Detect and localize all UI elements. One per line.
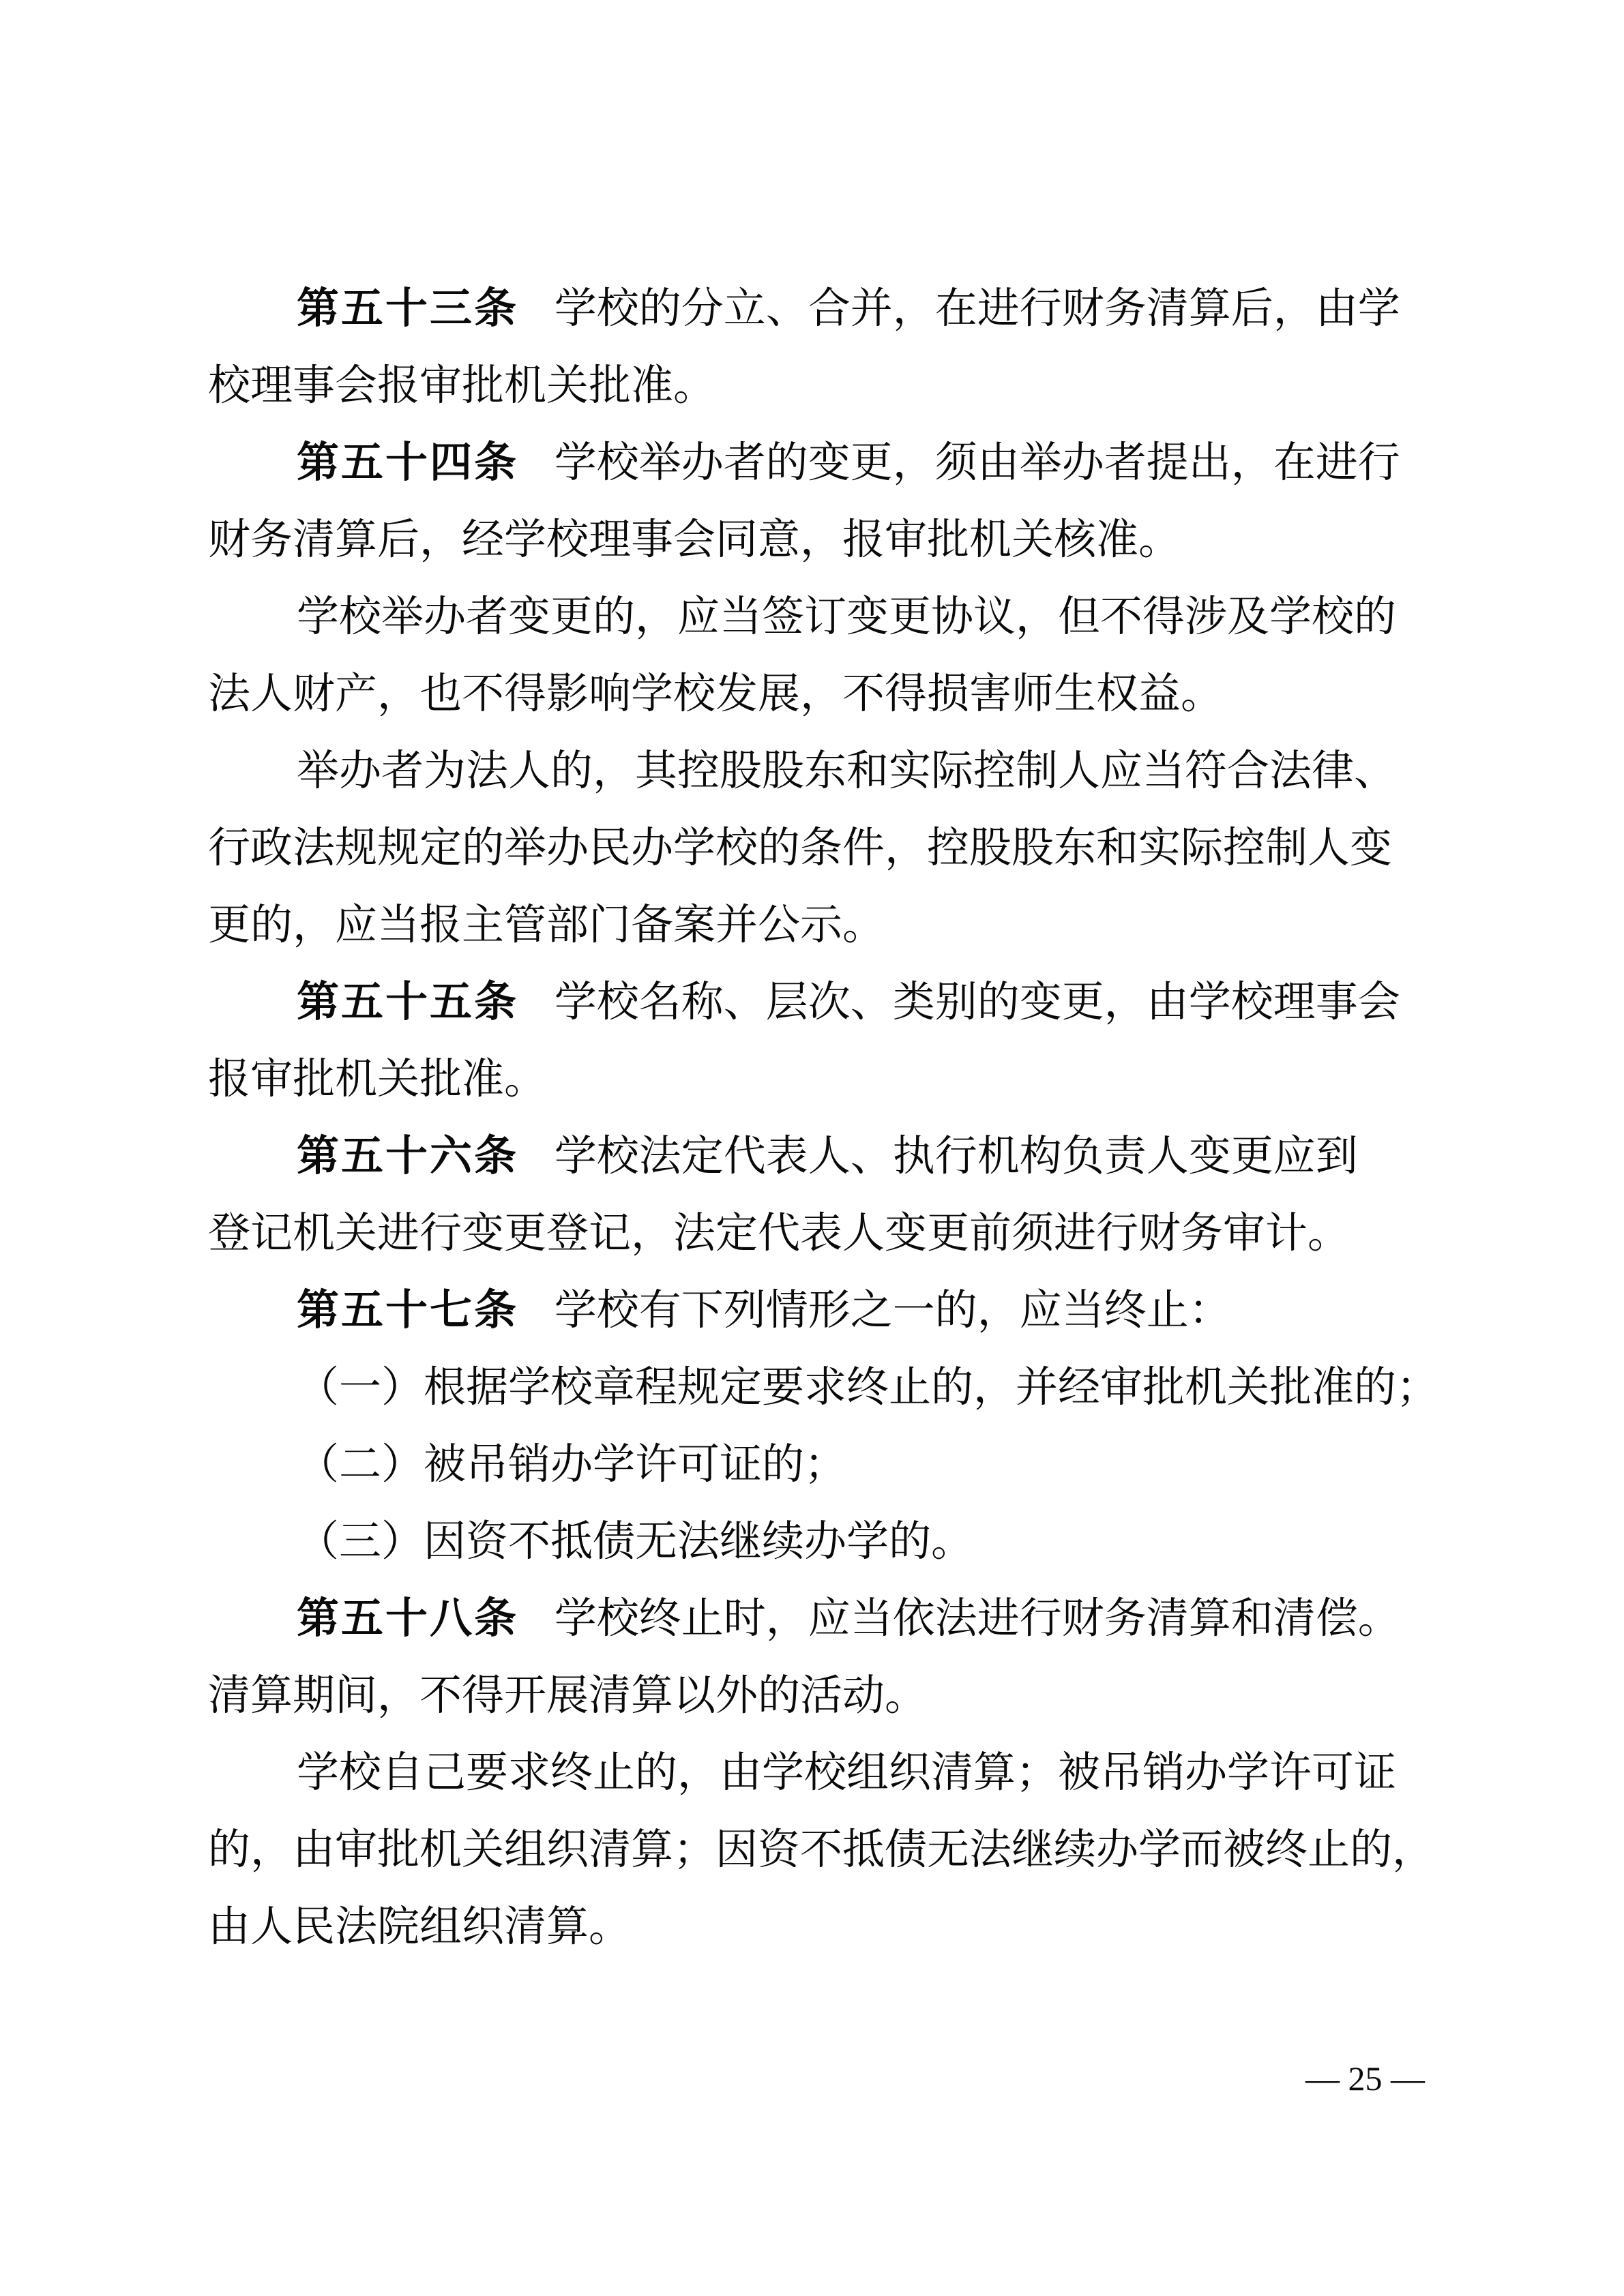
article-number: 第五十八条 <box>297 1596 518 1642</box>
text-line: 第五十四条学校举办者的变更，须由举办者提出，在进行 <box>208 425 1429 502</box>
article-number: 第五十四条 <box>297 440 518 486</box>
text-line: 第五十七条学校有下列情形之一的，应当终止： <box>208 1272 1429 1350</box>
text-line: 法人财产，也不得影响学校发展，不得损害师生权益。 <box>208 656 1429 733</box>
text-line: 第五十八条学校终止时，应当依法进行财务清算和清偿。 <box>208 1581 1429 1658</box>
text-line: 第五十六条学校法定代表人、执行机构负责人变更应到 <box>208 1118 1429 1195</box>
text-line: 行政法规规定的举办民办学校的条件，控股股东和实际控制人变 <box>208 810 1429 887</box>
article-number: 第五十五条 <box>297 979 518 1026</box>
text-line: （二）被吊销办学许可证的； <box>208 1427 1429 1504</box>
text-line: 清算期间，不得开展清算以外的活动。 <box>208 1658 1429 1735</box>
text-line: 第五十三条学校的分立、合并，在进行财务清算后，由学 <box>208 271 1429 348</box>
document-page: 第五十三条学校的分立、合并，在进行财务清算后，由学校理事会报审批机关批准。第五十… <box>0 0 1624 2296</box>
article-number: 第五十七条 <box>297 1287 518 1334</box>
text-line: 财务清算后，经学校理事会同意，报审批机关核准。 <box>208 502 1429 579</box>
text-line: 的，由审批机关组织清算；因资不抵债无法继续办学而被终止的， <box>208 1812 1429 1889</box>
text-line: 登记机关进行变更登记，法定代表人变更前须进行财务审计。 <box>208 1195 1429 1272</box>
text-line: 举办者为法人的，其控股股东和实际控制人应当符合法律、 <box>208 733 1429 810</box>
text-line: 第五十五条学校名称、层次、类别的变更，由学校理事会 <box>208 964 1429 1041</box>
text-line: 学校举办者变更的，应当签订变更协议，但不得涉及学校的 <box>208 579 1429 656</box>
text-line: （三）因资不抵债无法继续办学的。 <box>208 1504 1429 1581</box>
document-body: 第五十三条学校的分立、合并，在进行财务清算后，由学校理事会报审批机关批准。第五十… <box>208 271 1429 1966</box>
text-line: 报审批机关批准。 <box>208 1041 1429 1118</box>
text-line: 更的，应当报主管部门备案并公示。 <box>208 887 1429 964</box>
text-line: 由人民法院组织清算。 <box>208 1889 1429 1966</box>
text-line: 校理事会报审批机关批准。 <box>208 348 1429 425</box>
article-number: 第五十三条 <box>297 286 518 332</box>
page-number-text: — 25 — <box>1305 2059 1425 2098</box>
article-number: 第五十六条 <box>297 1133 518 1180</box>
text-line: （一）根据学校章程规定要求终止的，并经审批机关批准的； <box>208 1350 1429 1427</box>
text-line: 学校自己要求终止的，由学校组织清算；被吊销办学许可证 <box>208 1735 1429 1812</box>
page-number: — 25 — <box>1305 2058 1425 2099</box>
